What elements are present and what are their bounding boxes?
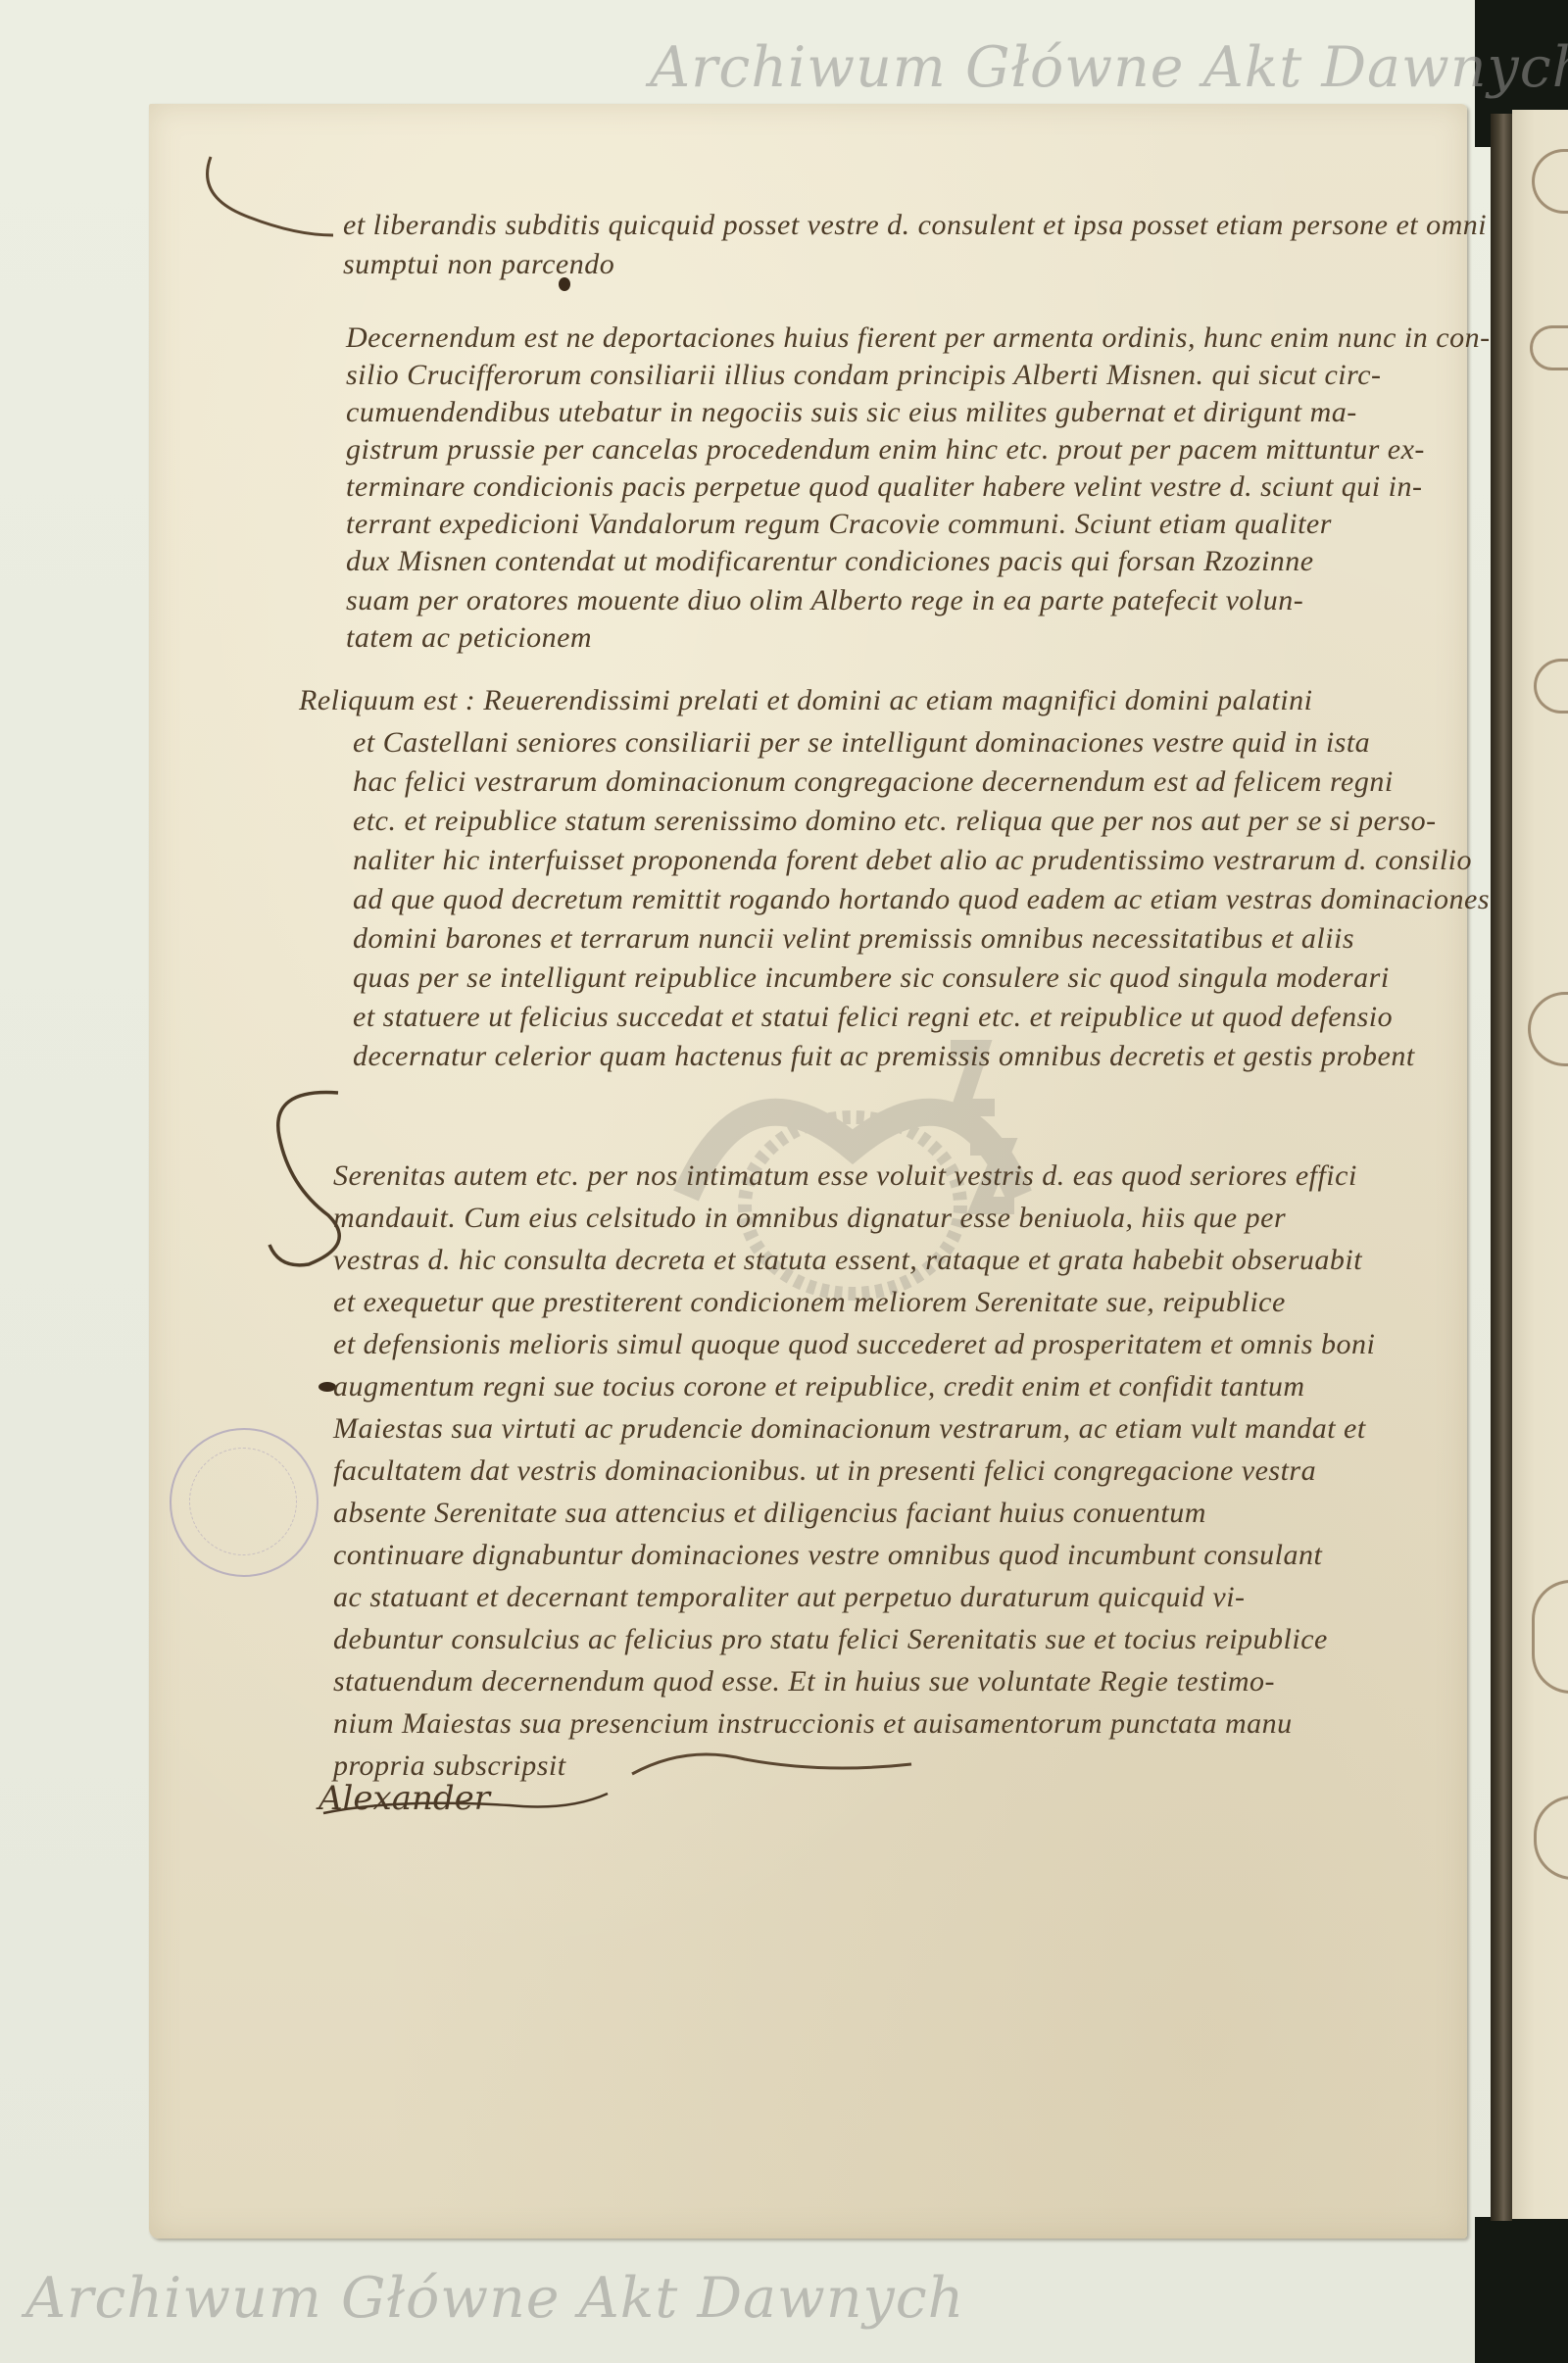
manuscript-line: continuare dignabuntur dominaciones vest… (333, 1541, 1322, 1570)
manuscript-line: et defensionis melioris simul quoque quo… (333, 1330, 1375, 1359)
manuscript-line: debuntur consulcius ac felicius pro stat… (333, 1625, 1328, 1654)
manuscript-line: Serenitas autem etc. per nos intimatum e… (333, 1161, 1357, 1191)
facing-page-flourish (1528, 992, 1568, 1066)
scan-dark-corner-bottom (1475, 2217, 1568, 2363)
facing-page-flourish (1534, 1796, 1568, 1880)
facing-page-flourish (1534, 659, 1568, 714)
manuscript-line: Reliquum est : Reuerendissimi prelati et… (299, 686, 1312, 715)
manuscript-line: ad que quod decretum remittit rogando ho… (353, 885, 1490, 914)
manuscript-line: Decernendum est ne deportaciones huius f… (346, 323, 1491, 353)
archive-watermark-bottom: Archiwum Główne Akt Dawnych (25, 2266, 964, 2331)
manuscript-line: etc. et reipublice statum serenissimo do… (353, 807, 1437, 836)
manuscript-line: tatem ac peticionem (346, 623, 592, 653)
manuscript-line: et statuere ut felicius succedat et stat… (353, 1003, 1393, 1032)
facing-page-flourish (1532, 149, 1568, 214)
manuscript-line: domini barones et terrarum nuncii velint… (353, 924, 1354, 954)
archive-stamp (170, 1428, 318, 1577)
facing-page-flourish (1530, 325, 1568, 370)
manuscript-line: cumuendendibus utebatur in negociis suis… (346, 398, 1357, 427)
facing-page-edge (1512, 110, 1568, 2219)
margin-flourish-icon (186, 137, 343, 245)
facing-page-flourish (1532, 1580, 1568, 1694)
manuscript-line: statuendum decernendum quod esse. Et in … (333, 1667, 1275, 1697)
archive-watermark-top: Archiwum Główne Akt Dawnych (650, 35, 1568, 100)
manuscript-line: sumptui non parcendo (343, 250, 614, 279)
manuscript-line: mandauit. Cum eius celsitudo in omnibus … (333, 1204, 1286, 1233)
manuscript-line: et exequetur que prestiterent condicione… (333, 1288, 1286, 1317)
manuscript-line: quas per se intelligunt reipublice incum… (353, 963, 1390, 993)
manuscript-line: hac felici vestrarum dominacionum congre… (353, 767, 1394, 797)
manuscript-line: suam per oratores mouente diuo olim Albe… (346, 586, 1303, 615)
manuscript-line: terrant expedicioni Vandalorum regum Cra… (346, 510, 1332, 539)
manuscript-line: absente Serenitate sua attencius et dili… (333, 1499, 1206, 1528)
manuscript-line: facultatem dat vestris dominacionibus. u… (333, 1456, 1316, 1486)
manuscript-line: dux Misnen contendat ut modificarentur c… (346, 547, 1314, 576)
manuscript-line: et liberandis subditis quicquid posset v… (343, 211, 1487, 240)
manuscript-line: terminare condicionis pacis perpetue quo… (346, 472, 1422, 502)
manuscript-line: et Castellani seniores consiliarii per s… (353, 728, 1370, 758)
manuscript-line: naliter hic interfuisset proponenda fore… (353, 846, 1472, 875)
manuscript-line: decernatur celerior quam hactenus fuit a… (353, 1042, 1415, 1071)
book-gutter (1491, 114, 1512, 2221)
manuscript-line: Maiestas sua virtuti ac prudencie domina… (333, 1414, 1366, 1444)
manuscript-line: gistrum prussie per cancelas procedendum… (346, 435, 1425, 465)
manuscript-line: silio Crucifferorum consiliarii illius c… (346, 361, 1382, 390)
manuscript-line: vestras d. hic consulta decreta et statu… (333, 1246, 1362, 1275)
signature-flourish-icon (314, 1754, 627, 1833)
archive-stamp-inner (189, 1448, 297, 1555)
closing-flourish-icon (627, 1715, 921, 1823)
manuscript-line: ac statuant et decernant temporaliter au… (333, 1583, 1246, 1612)
manuscript-line: augmentum regni sue tocius corone et rei… (333, 1372, 1305, 1402)
